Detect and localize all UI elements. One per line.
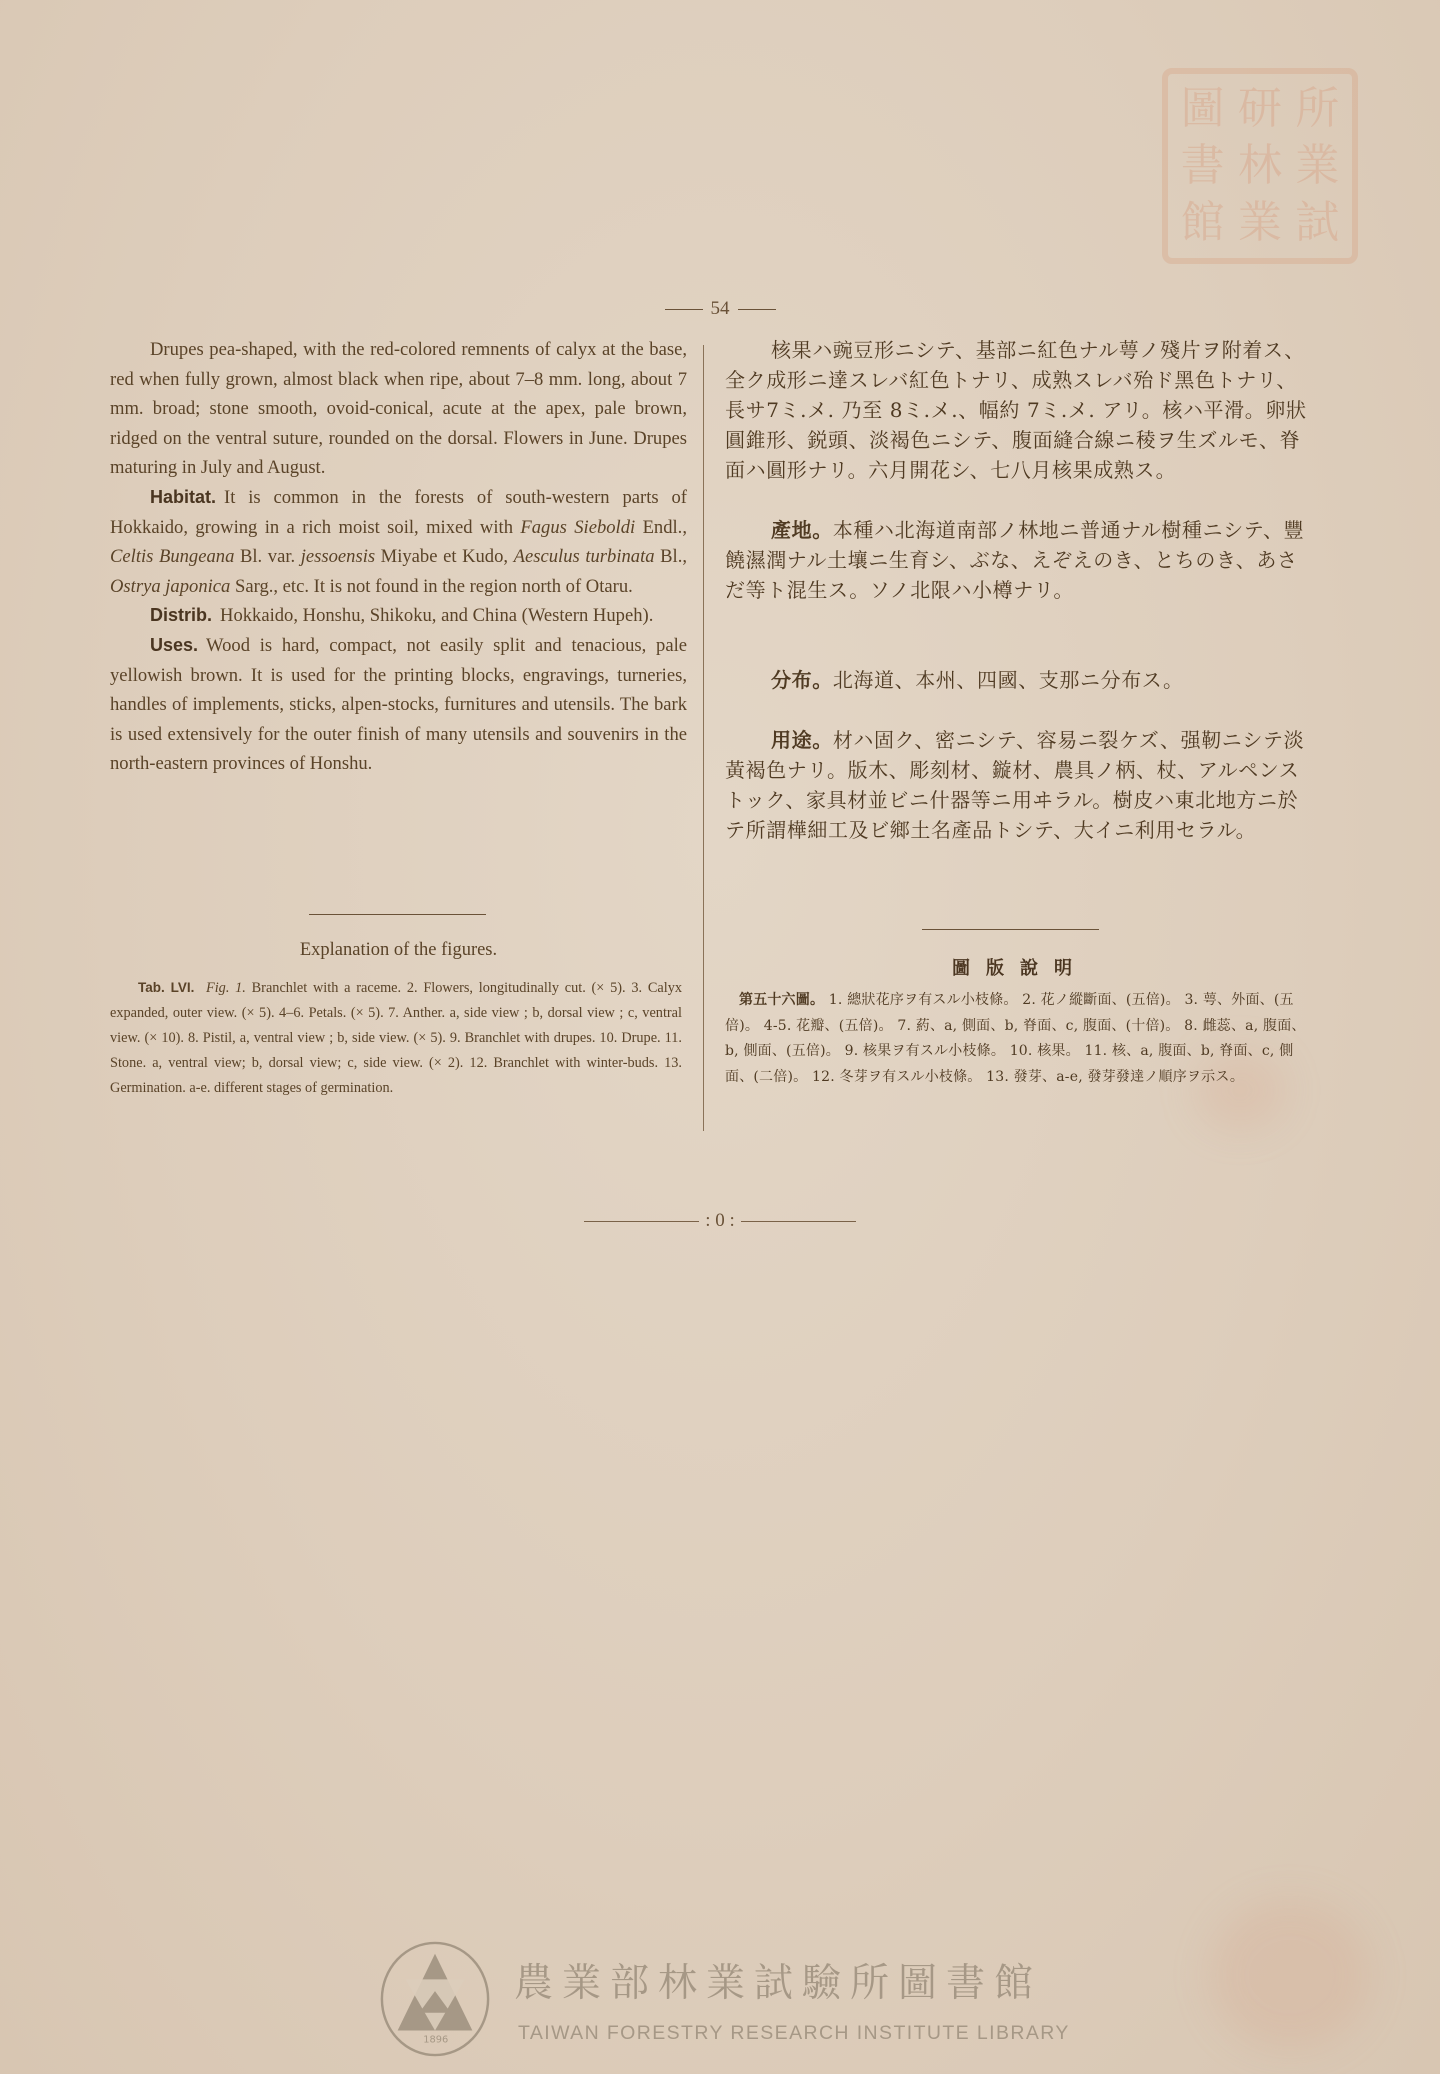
description-en: Drupes pea-shaped, with the red-colored …	[110, 335, 687, 483]
figures-text: Branchlet with a raceme. 2. Flowers, lon…	[110, 980, 682, 1096]
stamp-char: 林	[1238, 144, 1282, 188]
page-number-text: 54	[711, 298, 730, 319]
library-name-zh: 農業部林業試驗所圖書館	[514, 1952, 1042, 2008]
library-seal-stamp: 圖 研 所 書 林 業 館 業 試	[1162, 68, 1358, 264]
column-divider	[703, 345, 704, 1131]
stamp-char: 書	[1181, 144, 1225, 188]
figures-explanation-en: Tab. LVI. Fig. 1. Branchlet with a racem…	[110, 975, 682, 1101]
habitat-text: Bl. var.	[234, 546, 300, 567]
uses-en: Uses.Wood is hard, compact, not easily s…	[110, 631, 687, 779]
end-mark-text: : 0 :	[705, 1210, 735, 1231]
library-watermark: 1896 農業部林業試驗所圖書館 TAIWAN FORESTRY RESEARC…	[376, 1940, 1076, 2060]
habitat-en: Habitat.It is common in the forests of s…	[110, 483, 687, 601]
habitat-ja: 產地。本種ハ北海道南部ノ林地ニ普通ナル樹種ニシテ、豐饒濕潤ナル土壤ニ生育シ、ぶな…	[725, 515, 1310, 605]
habitat-text: Bl.,	[655, 546, 687, 567]
institute-logo-icon: 1896	[376, 1940, 494, 2058]
habitat-text: Miyabe et Kudo,	[375, 546, 514, 567]
logo-year: 1896	[423, 2034, 448, 2045]
distrib-heading-ja: 分布。	[771, 668, 833, 692]
plate-label: Tab. LVI.	[138, 980, 194, 995]
section-rule	[922, 929, 1099, 930]
english-column: Drupes pea-shaped, with the red-colored …	[110, 335, 687, 779]
uses-text: Wood is hard, compact, not easily split …	[110, 635, 687, 774]
distrib-text: Hokkaido, Honshu, Shikoku, and China (We…	[220, 605, 653, 626]
section-rule	[309, 914, 486, 915]
spacer	[725, 695, 1310, 725]
page-number: 54	[0, 298, 1440, 320]
distrib-en: Distrib.Hokkaido, Honshu, Shikoku, and C…	[110, 601, 687, 631]
japanese-column: 核果ハ豌豆形ニシテ、基部ニ紅色ナル萼ノ殘片ヲ附着ス、全ク成形ニ達スレバ紅色トナリ…	[725, 335, 1310, 845]
habitat-heading: Habitat.	[150, 487, 216, 507]
stamp-char: 業	[1295, 144, 1339, 188]
species-name: Fagus Sieboldi	[520, 517, 635, 538]
plate-label-ja: 第五十六圖。	[739, 992, 824, 1008]
spacer	[725, 605, 1310, 665]
uses-heading: Uses.	[150, 635, 198, 655]
fig-label: Fig. 1.	[206, 980, 246, 996]
stamp-char: 試	[1295, 201, 1339, 245]
stamp-char: 業	[1238, 201, 1282, 245]
end-rule	[741, 1221, 856, 1222]
habitat-text: Endl.,	[635, 517, 687, 538]
stamp-char: 所	[1295, 87, 1339, 131]
library-name-en: TAIWAN FORESTRY RESEARCH INSTITUTE LIBRA…	[518, 2022, 1070, 2045]
species-name: Celtis Bungeana	[110, 546, 234, 567]
description-ja: 核果ハ豌豆形ニシテ、基部ニ紅色ナル萼ノ殘片ヲ附着ス、全ク成形ニ達スレバ紅色トナリ…	[725, 335, 1310, 485]
stamp-char: 研	[1238, 87, 1282, 131]
uses-heading-ja: 用途。	[771, 728, 833, 752]
distrib-text-ja: 北海道、本州、四國、支那ニ分布ス。	[833, 668, 1184, 692]
habitat-heading-ja: 產地。	[771, 518, 833, 542]
species-name: jessoensis	[301, 546, 375, 567]
dash-decoration	[665, 309, 703, 310]
distrib-ja: 分布。北海道、本州、四國、支那ニ分布ス。	[725, 665, 1310, 695]
habitat-text: Sarg., etc. It is not found in the regio…	[230, 576, 632, 597]
spacer	[725, 485, 1310, 515]
dash-decoration	[738, 309, 776, 310]
stamp-char: 館	[1181, 201, 1225, 245]
figures-title-en: Explanation of the figures.	[110, 940, 687, 961]
paper-stain	[1210, 1900, 1370, 2050]
uses-ja: 用途。材ハ固ク、密ニシテ、容易ニ裂ケズ、强靭ニシテ淡黃褐色ナリ。版木、彫刻材、鏇…	[725, 725, 1310, 845]
end-rule	[584, 1221, 699, 1222]
figures-explanation-ja: 第五十六圖。 1. 總狀花序ヲ有スル小枝條。 2. 花ノ縱斷面、(五倍)。 3.…	[725, 988, 1315, 1090]
end-mark: : 0 :	[0, 1210, 1440, 1232]
species-name: Ostrya japonica	[110, 576, 230, 597]
species-name: Aesculus turbinata	[514, 546, 655, 567]
stamp-char: 圖	[1181, 87, 1225, 131]
distrib-heading: Distrib.	[150, 605, 212, 625]
figures-title-ja: 圖版說明	[725, 954, 1315, 980]
